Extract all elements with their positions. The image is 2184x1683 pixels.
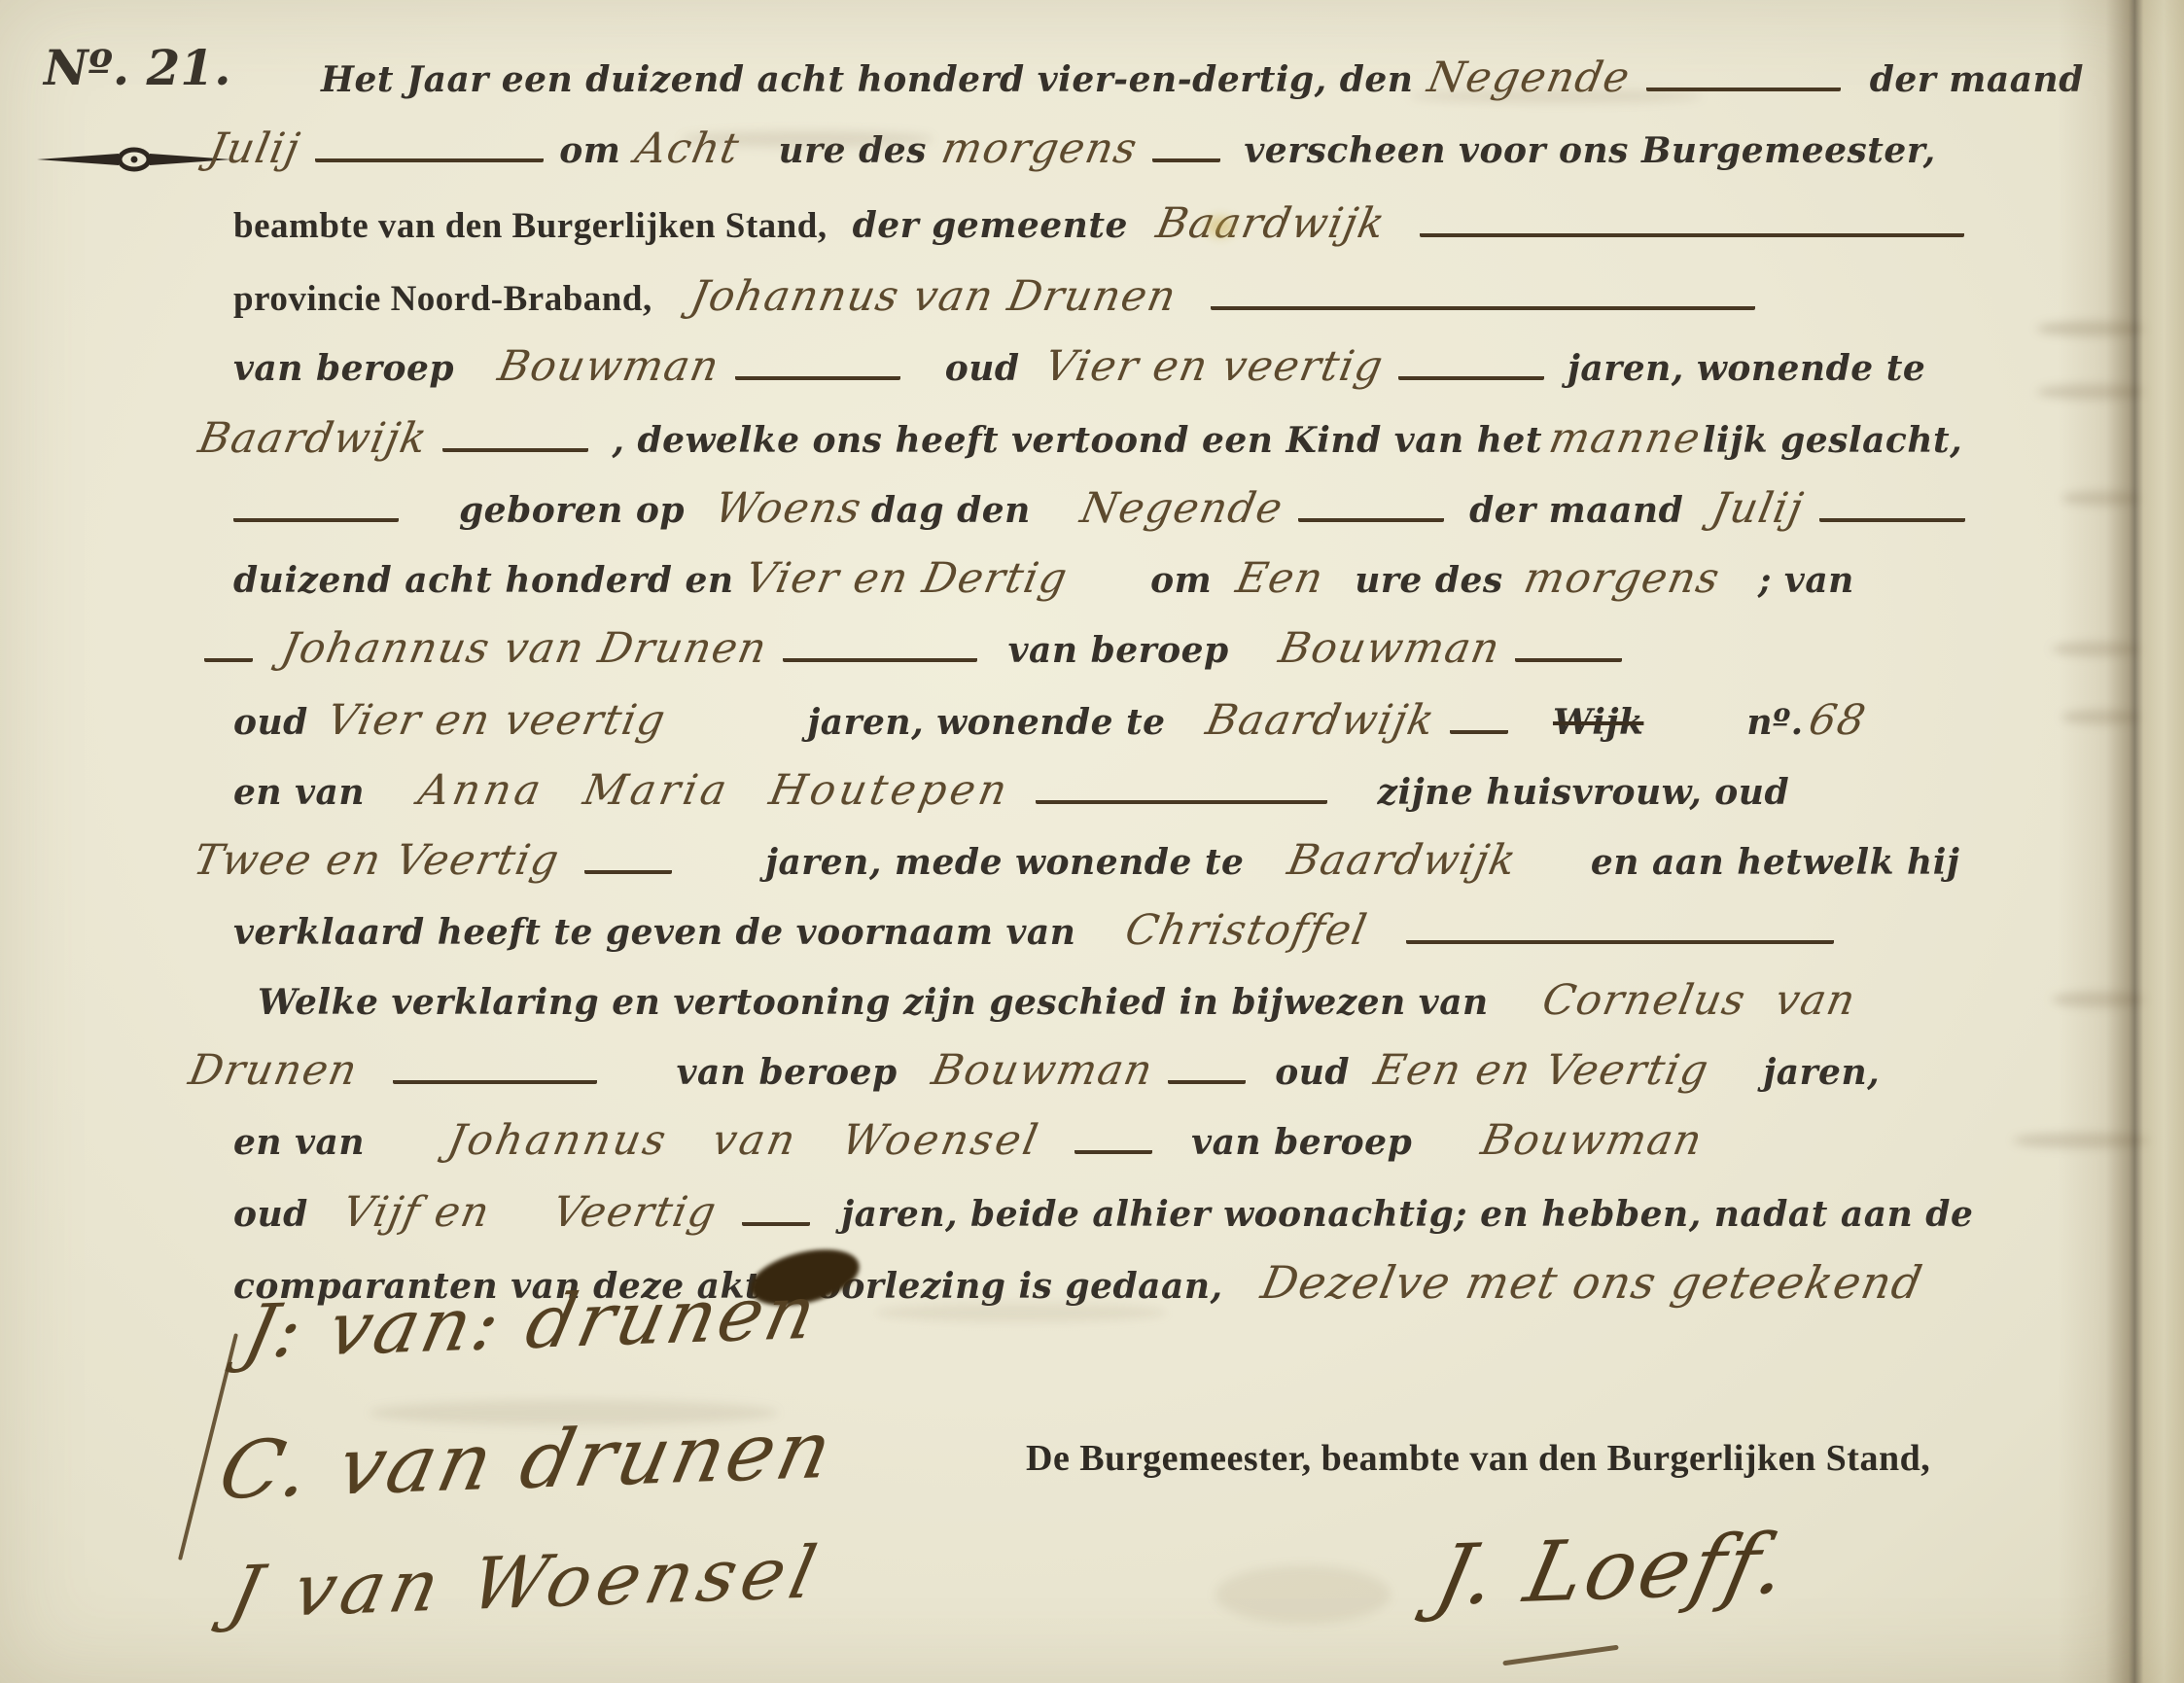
handwritten-entry: Vier en Dertig	[741, 554, 1072, 603]
blank-rule-line	[1298, 512, 1444, 522]
document-line: Drunenvan beroepBouwmanoudEen en Veertig…	[190, 1046, 1895, 1095]
printed-text: en aan hetwelk hij	[1591, 842, 1960, 883]
printed-text: provincie Noord-Braband,	[233, 278, 652, 320]
document-line: oudVier en veertigjaren, wonende teBaard…	[233, 696, 1881, 745]
blank-rule-line	[1074, 1144, 1152, 1154]
document-line: Twee en Veertigjaren, mede wonende teBaa…	[194, 836, 1975, 885]
handwritten-entry: Bouwman	[1275, 624, 1504, 673]
handwritten-entry: manne	[1545, 414, 1705, 463]
handwritten-entry: Baardwijk	[1285, 836, 1522, 885]
printed-text: van beroep	[1191, 1122, 1412, 1163]
printed-text: der gemeente	[853, 205, 1128, 246]
printed-text: nº.	[1746, 702, 1803, 743]
document-line: JulijomAchture desmorgensverscheen voor …	[209, 124, 1952, 173]
printed-text: oud	[1275, 1052, 1350, 1093]
printed-text: van beroep	[677, 1052, 898, 1093]
document-line: provincie Noord-Braband,Johannus van Dru…	[233, 272, 1771, 321]
act-number: Nº. 21.	[44, 39, 231, 96]
printed-text: lijk geslacht,	[1703, 420, 1962, 461]
handwritten-entry: Dezelve met ons geteekend	[1256, 1256, 1926, 1309]
printed-text: jaren, mede wonende te	[765, 842, 1244, 883]
printed-text: Welke verklaring en vertooning zijn gesc…	[258, 982, 1489, 1023]
document-line: en vanAnna Maria Houtepenzijne huisvrouw…	[233, 766, 1805, 815]
blank-rule-line	[315, 153, 544, 162]
document-line: duizend acht honderd enVier en DertigomE…	[233, 554, 1870, 603]
document-line: Baardwijk, dewelke ons heeft vertoond ee…	[199, 414, 1978, 463]
page-edge	[2058, 0, 2184, 1683]
handwritten-entry: Drunen	[185, 1046, 362, 1095]
blank-rule-line	[393, 1074, 597, 1084]
signature-burgemeester-j-loeff: J. Loeff.	[1427, 1516, 1799, 1625]
handwritten-entry: Bouwman	[928, 1046, 1157, 1095]
printed-text: beambte van den Burgerlijken Stand,	[233, 205, 828, 247]
blank-rule-line	[584, 864, 672, 874]
document-line: verklaard heeft te geven de voornaam van…	[233, 906, 1849, 955]
document-line: Welke verklaring en vertooning zijn gesc…	[258, 976, 1871, 1025]
handwritten-entry: Acht	[632, 124, 745, 173]
handwritten-entry: Een	[1232, 554, 1328, 603]
handwritten-entry: Anna Maria Houtepen	[414, 766, 1014, 815]
printed-text: zijne huisvrouw, oud	[1378, 772, 1790, 813]
blank-rule-line	[1398, 370, 1544, 380]
printed-text: om	[1150, 560, 1212, 601]
document-line: Johannus van Drunenvan beroepBouwman	[204, 624, 1638, 673]
printed-text: jaren,	[1763, 1052, 1880, 1093]
blank-rule-line	[735, 370, 900, 380]
signature-j-van-woensel: J van Woensel	[222, 1531, 828, 1635]
printed-text: jaren, beide alhier woonachtig; en hebbe…	[841, 1194, 1973, 1235]
document-line: beambte van den Burgerlijken Stand,der g…	[233, 199, 1980, 248]
handwritten-entry: Vier en veertig	[323, 696, 670, 745]
printed-text: van beroep	[233, 348, 454, 389]
handwritten-entry: Baardwijk	[1152, 199, 1390, 248]
handwritten-entry: Baardwijk	[1202, 696, 1439, 745]
printed-text: Het Jaar een duizend acht honderd vier-e…	[321, 59, 1413, 100]
blank-rule-line	[1515, 652, 1622, 662]
handwritten-entry: morgens	[937, 124, 1142, 173]
handwritten-entry: Bouwman	[1477, 1116, 1707, 1165]
handwritten-entry: Johannus van Drunen	[277, 624, 771, 673]
blank-rule-line	[1406, 934, 1834, 944]
printed-text: van beroep	[1008, 630, 1229, 671]
blank-rule-line	[442, 442, 588, 452]
handwritten-entry: Vier en veertig	[1040, 342, 1388, 391]
ornament-divider-icon	[37, 146, 231, 178]
printed-text: der maand	[1469, 490, 1683, 531]
blank-rule-line	[1152, 153, 1220, 162]
handwritten-entry: 68	[1805, 696, 1870, 745]
signature-flourish-tail	[1502, 1645, 1619, 1666]
blank-rule-line	[1646, 82, 1841, 91]
printed-text: verklaard heeft te geven de voornaam van	[233, 912, 1075, 953]
handwritten-entry: Twee en Veertig	[190, 836, 564, 885]
handwritten-entry: Cornelus van	[1538, 976, 1860, 1025]
handwritten-entry: Vijf en	[338, 1188, 494, 1237]
handwritten-entry: Veertig	[549, 1188, 722, 1237]
handwritten-entry: Een en Veertig	[1370, 1046, 1713, 1095]
printed-text: ure des	[779, 130, 927, 171]
printed-text: ure des	[1355, 560, 1502, 601]
handwritten-entry: Negende	[1425, 53, 1636, 102]
printed-text: geboren op	[459, 490, 685, 531]
printed-text: om	[559, 130, 620, 171]
blank-rule-line	[1036, 794, 1327, 804]
printed-text: dag den	[871, 490, 1031, 531]
printed-text: oud	[945, 348, 1020, 389]
handwritten-entry: Julij	[204, 124, 304, 173]
printed-text: , dewelke ons heeft vertoond een Kind va…	[612, 420, 1542, 461]
handwritten-entry: Bouwman	[494, 342, 723, 391]
printed-text: Wijk	[1553, 702, 1643, 743]
printed-text: jaren, wonende te	[1568, 348, 1925, 389]
printed-text: verscheen voor ons Burgemeester,	[1244, 130, 1935, 171]
printed-text: jaren, wonende te	[807, 702, 1165, 743]
blank-rule-line	[1211, 300, 1755, 310]
blank-rule-line	[1168, 1074, 1246, 1084]
printed-text: en van	[233, 772, 365, 813]
document-line: oudVijf enVeertigjaren, beide alhier woo…	[233, 1188, 1989, 1237]
blank-rule-line	[204, 652, 253, 662]
document-line: en vanJohannus van Woenselvan beroepBouw…	[233, 1116, 1718, 1165]
closing-statement: De Burgemeester, beambte van den Burgerl…	[1026, 1437, 1930, 1480]
blank-rule-line	[1450, 724, 1508, 734]
handwritten-entry: Woens	[711, 484, 866, 533]
handwritten-entry: Julij	[1708, 484, 1808, 533]
document-line: geboren opWoensdag denNegendeder maandJu…	[233, 484, 1981, 533]
handwritten-entry: morgens	[1520, 554, 1724, 603]
blank-rule-line	[1420, 228, 1964, 237]
blank-rule-line	[783, 652, 977, 662]
blank-rule-line	[1819, 512, 1965, 522]
document-line: van beroepBouwmanoudVier en veertigjaren…	[233, 342, 1941, 391]
printed-text: der maand	[1870, 59, 2084, 100]
handwritten-entry: Baardwijk	[194, 414, 432, 463]
printed-text: oud	[233, 702, 308, 743]
handwritten-entry: Johannus van Drunen	[687, 272, 1180, 321]
printed-text: oud	[233, 1194, 308, 1235]
document-line: Het Jaar een duizend acht honderd vier-e…	[321, 53, 2099, 102]
handwritten-entry: Johannus van Woensel	[443, 1116, 1044, 1165]
blank-rule-line	[233, 512, 399, 522]
printed-text: ; van	[1758, 560, 1854, 601]
handwritten-entry: Negende	[1076, 484, 1287, 533]
document-page: Nº. 21. Het Jaar een duizend acht honder…	[0, 0, 2184, 1683]
printed-text: en van	[233, 1122, 365, 1163]
blank-rule-line	[742, 1216, 810, 1226]
printed-text: duizend acht honderd en	[233, 560, 734, 601]
handwritten-entry: Christoffel	[1122, 906, 1372, 955]
signature-c-van-drunen: C. van drunen	[211, 1404, 842, 1518]
bleed-through-smudge	[1215, 1565, 1391, 1624]
